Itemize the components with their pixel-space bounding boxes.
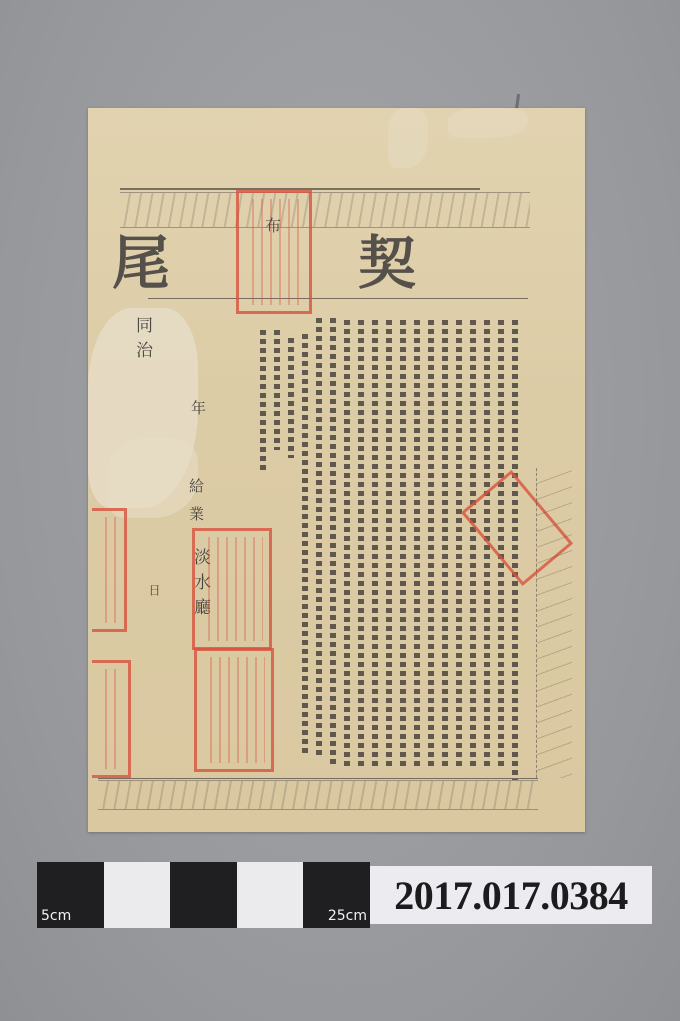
paper-loss	[448, 108, 528, 138]
year-char: 年	[188, 400, 209, 423]
official-seal-center-lower	[194, 648, 274, 772]
text-column	[302, 334, 308, 754]
official-seal-top: 布	[236, 190, 312, 314]
paper-loss	[388, 108, 428, 168]
scale-label-end: 25cm	[328, 908, 367, 924]
decorative-side-border	[536, 468, 572, 778]
text-column	[288, 338, 294, 458]
text-column	[414, 320, 420, 770]
footer-rule	[98, 778, 538, 779]
official-seal-left-lower	[92, 660, 131, 778]
title-char-left: 尾	[112, 234, 170, 292]
text-column	[330, 318, 336, 768]
text-column	[260, 330, 266, 470]
seal-pattern	[98, 669, 122, 769]
title-char-right: 契	[358, 234, 416, 292]
text-column	[428, 320, 434, 770]
seal-char: 布	[265, 213, 281, 236]
text-column	[372, 320, 378, 770]
header-decorative-band	[120, 192, 530, 228]
accession-label: 2017.017.0384	[370, 866, 652, 924]
paper-loss	[108, 438, 198, 518]
text-column	[316, 318, 322, 758]
header-rule-bottom	[148, 298, 528, 299]
official-seal-left-upper	[92, 508, 127, 632]
text-column	[274, 330, 280, 450]
accession-number: 2017.017.0384	[394, 872, 628, 919]
scale-segment: 5cm	[37, 862, 104, 928]
text-column	[456, 320, 462, 770]
text-column	[400, 320, 406, 770]
scale-segment	[104, 862, 171, 928]
document-sheet: 尾 契 布 同治 年 給 業 淡水廳 日	[88, 108, 585, 832]
text-column	[442, 320, 448, 770]
text-column	[344, 320, 350, 770]
footer-decorative-band	[98, 780, 538, 810]
scale-bar: 5cm 25cm	[37, 862, 370, 928]
text-column	[470, 320, 476, 770]
seal-pattern	[201, 537, 263, 641]
scale-label-start: 5cm	[41, 908, 71, 924]
official-seal-center-upper	[192, 528, 272, 650]
text-column	[358, 320, 364, 770]
day-char: 日	[146, 584, 163, 604]
era-text: 同治	[130, 316, 155, 366]
recipient-prefix: 業	[186, 506, 207, 529]
text-column	[386, 320, 392, 770]
seal-pattern	[203, 657, 265, 763]
issue-char: 給	[186, 478, 207, 501]
seal-pattern	[98, 517, 118, 623]
scale-segment	[237, 862, 304, 928]
scale-segment: 25cm	[303, 862, 370, 928]
scale-segment	[170, 862, 237, 928]
